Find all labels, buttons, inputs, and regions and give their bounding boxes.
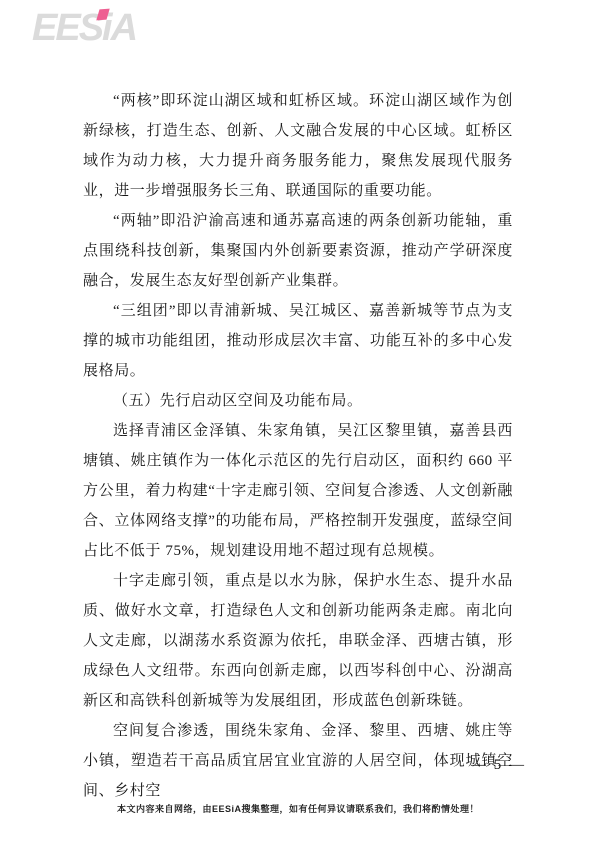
document-body: “两核”即环淀山湖区域和虹桥区域。环淀山湖区域作为创新绿核，打造生态、创新、人文… [83,86,513,806]
page-number: — 5 — [471,757,526,774]
paragraph-three-clusters: “三组团”即以青浦新城、吴江城区、嘉善新城等节点为支撑的城市功能组团，推动形成层… [83,296,513,386]
paragraph-pilot-zone: 选择青浦区金泽镇、朱家角镇，吴江区黎里镇，嘉善县西塘镇、姚庄镇作为一体化示范区的… [83,416,513,566]
document-page: EESiA “两核”即环淀山湖区域和虹桥区域。环淀山湖区域作为创新绿核，打造生态… [0,0,596,842]
paragraph-space-composite: 空间复合渗透，围绕朱家角、金泽、黎里、西塘、姚庄等小镇，塑造若干高品质宜居宜业宜… [83,716,513,806]
eesia-logo-text: EESiA [32,7,136,49]
paragraph-cross-corridor: 十字走廊引领，重点是以水为脉，保护水生态、提升水品质、做好水文章，打造绿色人文和… [83,566,513,716]
eesia-logo: EESiA [32,6,136,50]
paragraph-two-axes: “两轴”即沿沪渝高速和通苏嘉高速的两条创新功能轴，重点围绕科技创新，集聚国内外创… [83,206,513,296]
paragraph-two-cores: “两核”即环淀山湖区域和虹桥区域。环淀山湖区域作为创新绿核，打造生态、创新、人文… [83,86,513,206]
section-heading-five: （五）先行启动区空间及功能布局。 [83,386,513,416]
footer-disclaimer: 本文内容来自网络，由EESiA搜集整理，如有任何异议请联系我们，我们将酌情处理！ [0,802,596,815]
